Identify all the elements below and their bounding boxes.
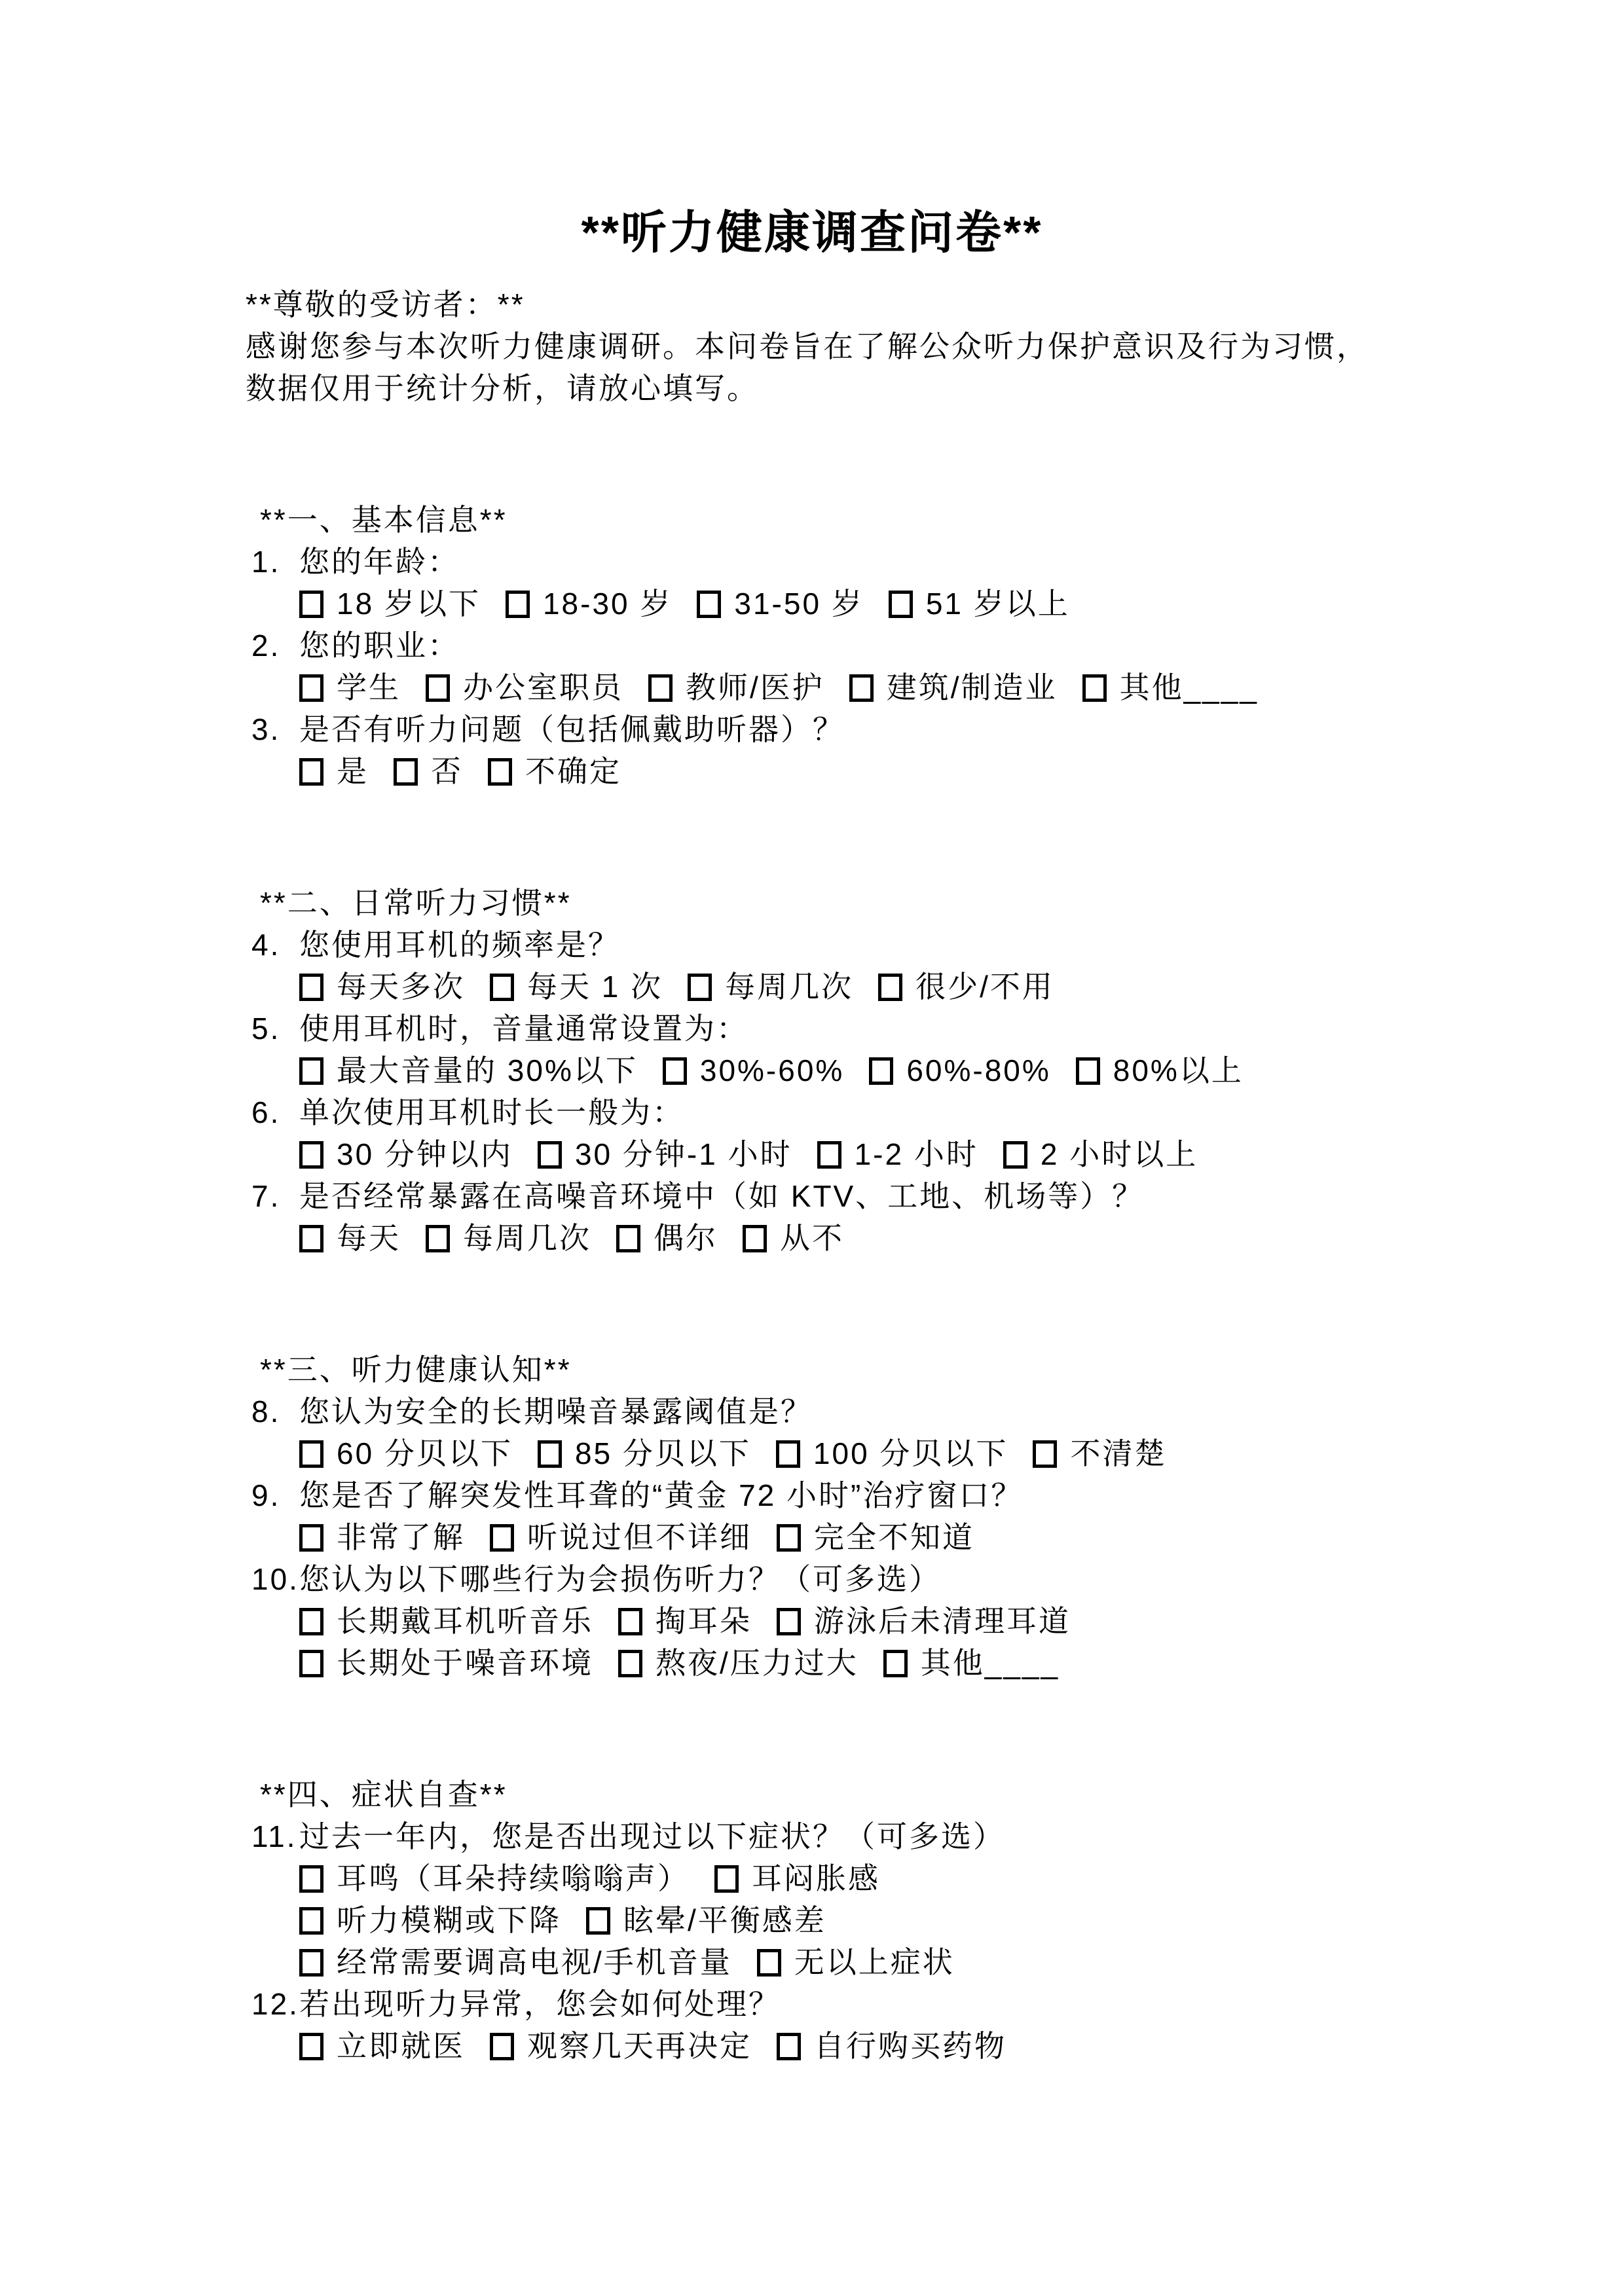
checkbox[interactable] (538, 1440, 562, 1468)
option: 游泳后未清理耳道 (777, 1604, 1071, 1638)
option-label: 观察几天再决定 (527, 2029, 752, 2063)
option-label: 很少/不用 (915, 970, 1054, 1004)
question-item: 5.使用耳机时，音量通常设置为：最大音量的 30%以下30%-60%60%-80… (246, 1008, 1378, 1091)
option: 不清楚 (1033, 1436, 1166, 1470)
option: 每天 1 次 (490, 970, 663, 1004)
option: 30 分钟-1 小时 (538, 1137, 792, 1171)
question-item: 3.是否有听力问题（包括佩戴助听器）？是否不确定 (246, 708, 1378, 792)
checkbox[interactable] (777, 2033, 801, 2060)
option: 其他____ (1082, 670, 1259, 704)
option-label: 2 小时以上 (1041, 1137, 1198, 1171)
option-label: 不确定 (525, 754, 621, 788)
option-row: 经常需要调高电视/手机音量无以上症状 (299, 1941, 1378, 1983)
intro-line: 感谢您参与本次听力健康调研。本问卷旨在了解公众听力保护意识及行为习惯， (246, 325, 1378, 367)
option-row: 每天每周几次偶尔从不 (299, 1217, 1378, 1259)
question-item: 10.您认为以下哪些行为会损伤听力？（可多选）长期戴耳机听音乐掏耳朵游泳后未清理… (246, 1558, 1378, 1684)
option: 每周几次 (426, 1221, 591, 1255)
checkbox[interactable] (869, 1057, 893, 1085)
checkbox[interactable] (299, 758, 323, 786)
option-label: 85 分贝以下 (575, 1436, 751, 1470)
section-heading: **二、日常听力习惯** (246, 882, 1378, 924)
checkbox[interactable] (299, 2033, 323, 2060)
question-number: 6. (251, 1091, 299, 1133)
question-body: 是否经常暴露在高噪音环境中（如 KTV、工地、机场等）？每天每周几次偶尔从不 (299, 1175, 1378, 1259)
option: 掏耳朵 (618, 1604, 752, 1638)
option: 耳闷胀感 (714, 1861, 880, 1895)
option-label: 建筑/制造业 (887, 670, 1058, 704)
question-body: 您是否了解突发性耳聋的“黄金 72 小时”治疗窗口？非常了解听说过但不详细完全不… (299, 1474, 1378, 1558)
question-text: 使用耳机时，音量通常设置为： (299, 1008, 1378, 1049)
option-label: 18 岁以下 (337, 587, 481, 621)
checkbox[interactable] (648, 674, 673, 702)
checkbox[interactable] (849, 674, 874, 702)
checkbox[interactable] (586, 1907, 610, 1935)
option-label: 100 分贝以下 (813, 1436, 1008, 1470)
checkbox[interactable] (299, 1949, 323, 1977)
checkbox[interactable] (714, 1865, 739, 1893)
checkbox[interactable] (488, 758, 512, 786)
option: 每周几次 (688, 970, 853, 1004)
question-text: 是否经常暴露在高噪音环境中（如 KTV、工地、机场等）？ (299, 1175, 1378, 1217)
checkbox[interactable] (299, 591, 323, 618)
checkbox[interactable] (299, 1141, 323, 1169)
question-body: 您使用耳机的频率是？每天多次每天 1 次每周几次很少/不用 (299, 924, 1378, 1008)
option-label: 最大音量的 30%以下 (337, 1053, 638, 1087)
question-body: 您认为以下哪些行为会损伤听力？（可多选）长期戴耳机听音乐掏耳朵游泳后未清理耳道长… (299, 1558, 1378, 1684)
option-label: 办公室职员 (463, 670, 623, 704)
option: 学生 (299, 670, 401, 704)
checkbox[interactable] (299, 1608, 323, 1635)
option: 每天 (299, 1221, 401, 1255)
checkbox[interactable] (299, 1907, 323, 1935)
section-heading: **三、听力健康认知** (246, 1349, 1378, 1391)
option: 办公室职员 (426, 670, 623, 704)
question-item: 6.单次使用耳机时长一般为：30 分钟以内30 分钟-1 小时1-2 小时2 小… (246, 1091, 1378, 1175)
question-number: 3. (251, 708, 299, 750)
checkbox[interactable] (299, 1440, 323, 1468)
question-body: 是否有听力问题（包括佩戴助听器）？是否不确定 (299, 708, 1378, 792)
option-label: 每周几次 (725, 970, 853, 1004)
option-row: 立即就医观察几天再决定自行购买药物 (299, 2025, 1378, 2067)
option: 30 分钟以内 (299, 1137, 513, 1171)
option: 85 分贝以下 (538, 1436, 751, 1470)
question-number: 5. (251, 1008, 299, 1049)
checkbox[interactable] (663, 1057, 687, 1085)
checkbox[interactable] (1076, 1057, 1100, 1085)
question-number: 4. (251, 924, 299, 966)
question-item: 9.您是否了解突发性耳聋的“黄金 72 小时”治疗窗口？非常了解听说过但不详细完… (246, 1474, 1378, 1558)
option-label: 其他____ (1120, 670, 1259, 704)
option-label: 每天多次 (337, 970, 465, 1004)
option: 建筑/制造业 (849, 670, 1058, 704)
option: 从不 (743, 1221, 844, 1255)
option-label: 经常需要调高电视/手机音量 (337, 1945, 732, 1979)
option-label: 60 分贝以下 (337, 1436, 513, 1470)
question-text: 您使用耳机的频率是？ (299, 924, 1378, 966)
option-label: 51 岁以上 (926, 587, 1070, 621)
option: 眩晕/平衡感差 (586, 1903, 826, 1937)
option: 是 (299, 754, 369, 788)
question-item: 4.您使用耳机的频率是？每天多次每天 1 次每周几次很少/不用 (246, 924, 1378, 1008)
option: 非常了解 (299, 1520, 465, 1554)
checkbox[interactable] (490, 974, 514, 1001)
checkbox[interactable] (299, 674, 323, 702)
option-label: 长期处于噪音环境 (337, 1646, 593, 1680)
option-row: 学生办公室职员教师/医护建筑/制造业其他____ (299, 666, 1378, 708)
option-label: 听说过但不详细 (527, 1520, 752, 1554)
option: 偶尔 (616, 1221, 718, 1255)
checkbox[interactable] (299, 974, 323, 1001)
question-item: 1.您的年龄：18 岁以下18-30 岁31-50 岁51 岁以上 (246, 541, 1378, 625)
checkbox[interactable] (1003, 1141, 1027, 1169)
question-body: 您的年龄：18 岁以下18-30 岁31-50 岁51 岁以上 (299, 541, 1378, 625)
question-text: 是否有听力问题（包括佩戴助听器）？ (299, 708, 1378, 750)
checkbox[interactable] (757, 1949, 781, 1977)
document-page: **听力健康调查问卷** **尊敬的受访者：** 感谢您参与本次听力健康调研。本… (0, 0, 1624, 2296)
option-label: 18-30 岁 (543, 587, 672, 621)
option-row: 30 分钟以内30 分钟-1 小时1-2 小时2 小时以上 (299, 1133, 1378, 1175)
option: 51 岁以上 (889, 587, 1070, 621)
question-body: 过去一年内，您是否出现过以下症状？（可多选）耳鸣（耳朵持续嗡嗡声）耳闷胀感听力模… (299, 1815, 1378, 1983)
option-label: 30 分钟-1 小时 (575, 1137, 792, 1171)
option-row: 耳鸣（耳朵持续嗡嗡声）耳闷胀感 (299, 1857, 1378, 1899)
option: 自行购买药物 (777, 2029, 1006, 2063)
option-label: 30%-60% (700, 1053, 844, 1087)
option: 80%以上 (1076, 1053, 1244, 1087)
option: 很少/不用 (878, 970, 1054, 1004)
question-text: 您的年龄： (299, 541, 1378, 583)
option-label: 60%-80% (906, 1053, 1050, 1087)
option-label: 完全不知道 (814, 1520, 974, 1554)
option: 经常需要调高电视/手机音量 (299, 1945, 732, 1979)
option-row: 非常了解听说过但不详细完全不知道 (299, 1516, 1378, 1558)
question-body: 单次使用耳机时长一般为：30 分钟以内30 分钟-1 小时1-2 小时2 小时以… (299, 1091, 1378, 1175)
option-label: 非常了解 (337, 1520, 465, 1554)
option-label: 每周几次 (463, 1221, 591, 1255)
option: 18 岁以下 (299, 587, 481, 621)
option-label: 80%以上 (1113, 1053, 1244, 1087)
checkbox[interactable] (490, 2033, 514, 2060)
question-number: 10. (251, 1558, 299, 1600)
option-label: 无以上症状 (794, 1945, 955, 1979)
option-label: 耳闷胀感 (752, 1861, 880, 1895)
checkbox[interactable] (299, 1650, 323, 1677)
option: 不确定 (488, 754, 621, 788)
option: 耳鸣（耳朵持续嗡嗡声） (299, 1861, 690, 1895)
option-label: 听力模糊或下降 (337, 1903, 561, 1937)
option: 完全不知道 (777, 1520, 974, 1554)
checkbox[interactable] (299, 1057, 323, 1085)
option: 2 小时以上 (1003, 1137, 1198, 1171)
checkbox[interactable] (616, 1225, 640, 1252)
question-body: 使用耳机时，音量通常设置为：最大音量的 30%以下30%-60%60%-80%8… (299, 1008, 1378, 1091)
option: 每天多次 (299, 970, 465, 1004)
option-row: 长期处于噪音环境熬夜/压力过大其他____ (299, 1642, 1378, 1684)
option: 60%-80% (869, 1053, 1050, 1087)
option: 熬夜/压力过大 (618, 1646, 858, 1680)
option: 60 分贝以下 (299, 1436, 513, 1470)
option: 1-2 小时 (817, 1137, 978, 1171)
question-text: 您的职业： (299, 625, 1378, 666)
question-text: 您认为以下哪些行为会损伤听力？（可多选） (299, 1558, 1378, 1600)
option: 听力模糊或下降 (299, 1903, 561, 1937)
option-label: 长期戴耳机听音乐 (337, 1604, 593, 1638)
option: 教师/医护 (648, 670, 824, 704)
option: 观察几天再决定 (490, 2029, 752, 2063)
question-number: 2. (251, 625, 299, 666)
question-number: 11. (251, 1815, 299, 1857)
question-body: 若出现听力异常，您会如何处理？立即就医观察几天再决定自行购买药物 (299, 1983, 1378, 2067)
question-item: 7.是否经常暴露在高噪音环境中（如 KTV、工地、机场等）？每天每周几次偶尔从不 (246, 1175, 1378, 1259)
option-label: 自行购买药物 (814, 2029, 1006, 2063)
option-label: 立即就医 (337, 2029, 465, 2063)
option-label: 每天 1 次 (527, 970, 663, 1004)
option-label: 掏耳朵 (655, 1604, 752, 1638)
checkbox[interactable] (878, 974, 902, 1001)
option: 无以上症状 (757, 1945, 955, 1979)
option: 最大音量的 30%以下 (299, 1053, 638, 1087)
option: 长期处于噪音环境 (299, 1646, 593, 1680)
checkbox[interactable] (1033, 1440, 1057, 1468)
question-number: 12. (251, 1983, 299, 2025)
question-number: 1. (251, 541, 299, 583)
checkbox[interactable] (299, 1524, 323, 1552)
option: 30%-60% (663, 1053, 844, 1087)
question-number: 8. (251, 1391, 299, 1432)
checkbox[interactable] (394, 758, 418, 786)
question-number: 7. (251, 1175, 299, 1217)
option-label: 教师/医护 (686, 670, 824, 704)
option-label: 游泳后未清理耳道 (814, 1604, 1071, 1638)
option: 31-50 岁 (697, 587, 863, 621)
checkbox[interactable] (1082, 674, 1107, 702)
section: **三、听力健康认知**8.您认为安全的长期噪音暴露阈值是？60 分贝以下85 … (246, 1349, 1378, 1684)
option-row: 听力模糊或下降眩晕/平衡感差 (299, 1899, 1378, 1941)
option-label: 熬夜/压力过大 (655, 1646, 858, 1680)
checkbox[interactable] (776, 1440, 800, 1468)
option-label: 其他____ (921, 1646, 1060, 1680)
checkbox[interactable] (490, 1524, 514, 1552)
section-heading: **一、基本信息** (246, 499, 1378, 541)
checkbox[interactable] (743, 1225, 767, 1252)
doc-title: **听力健康调查问卷** (246, 203, 1378, 262)
option-row: 60 分贝以下85 分贝以下100 分贝以下不清楚 (299, 1432, 1378, 1474)
checkbox[interactable] (538, 1141, 562, 1169)
checkbox[interactable] (777, 1524, 801, 1552)
section: **一、基本信息**1.您的年龄：18 岁以下18-30 岁31-50 岁51 … (246, 499, 1378, 792)
question-item: 8.您认为安全的长期噪音暴露阈值是？60 分贝以下85 分贝以下100 分贝以下… (246, 1391, 1378, 1474)
option: 18-30 岁 (506, 587, 672, 621)
section-heading: **四、症状自查** (246, 1774, 1378, 1815)
option-label: 是 (337, 754, 369, 788)
question-text: 过去一年内，您是否出现过以下症状？（可多选） (299, 1815, 1378, 1857)
option-label: 不清楚 (1070, 1436, 1166, 1470)
option: 其他____ (883, 1646, 1060, 1680)
checkbox[interactable] (777, 1608, 801, 1635)
intro-line: 数据仅用于统计分析，请放心填写。 (246, 367, 1378, 409)
option-label: 从不 (780, 1221, 844, 1255)
option-row: 是否不确定 (299, 750, 1378, 792)
option: 立即就医 (299, 2029, 465, 2063)
questionnaire-body: **一、基本信息**1.您的年龄：18 岁以下18-30 岁31-50 岁51 … (246, 499, 1378, 2067)
option-row: 每天多次每天 1 次每周几次很少/不用 (299, 966, 1378, 1008)
question-item: 11.过去一年内，您是否出现过以下症状？（可多选）耳鸣（耳朵持续嗡嗡声）耳闷胀感… (246, 1815, 1378, 1983)
question-number: 9. (251, 1474, 299, 1516)
question-text: 您是否了解突发性耳聋的“黄金 72 小时”治疗窗口？ (299, 1474, 1378, 1516)
option-label: 耳鸣（耳朵持续嗡嗡声） (337, 1861, 690, 1895)
option: 长期戴耳机听音乐 (299, 1604, 593, 1638)
checkbox[interactable] (426, 1225, 450, 1252)
checkbox[interactable] (299, 1225, 323, 1252)
option: 否 (394, 754, 463, 788)
checkbox[interactable] (618, 1650, 642, 1677)
option-row: 长期戴耳机听音乐掏耳朵游泳后未清理耳道 (299, 1600, 1378, 1642)
checkbox[interactable] (688, 974, 712, 1001)
greeting-line: **尊敬的受访者：** (246, 283, 1378, 325)
option-label: 眩晕/平衡感差 (623, 1903, 826, 1937)
section: **二、日常听力习惯**4.您使用耳机的频率是？每天多次每天 1 次每周几次很少… (246, 882, 1378, 1259)
option-label: 每天 (337, 1221, 401, 1255)
option-label: 1-2 小时 (855, 1137, 978, 1171)
option-label: 31-50 岁 (734, 587, 863, 621)
checkbox[interactable] (299, 1865, 323, 1893)
option-label: 学生 (337, 670, 401, 704)
checkbox[interactable] (618, 1608, 642, 1635)
question-text: 您认为安全的长期噪音暴露阈值是？ (299, 1391, 1378, 1432)
checkbox[interactable] (426, 674, 450, 702)
intro-paragraph: **尊敬的受访者：** 感谢您参与本次听力健康调研。本问卷旨在了解公众听力保护意… (246, 283, 1378, 409)
question-item: 2.您的职业：学生办公室职员教师/医护建筑/制造业其他____ (246, 625, 1378, 708)
option-label: 否 (431, 754, 463, 788)
checkbox[interactable] (889, 591, 913, 618)
option-row: 最大音量的 30%以下30%-60%60%-80%80%以上 (299, 1049, 1378, 1091)
question-text: 若出现听力异常，您会如何处理？ (299, 1983, 1378, 2025)
question-body: 您认为安全的长期噪音暴露阈值是？60 分贝以下85 分贝以下100 分贝以下不清… (299, 1391, 1378, 1474)
option-row: 18 岁以下18-30 岁31-50 岁51 岁以上 (299, 583, 1378, 625)
question-item: 12.若出现听力异常，您会如何处理？立即就医观察几天再决定自行购买药物 (246, 1983, 1378, 2067)
option-label: 偶尔 (654, 1221, 718, 1255)
section: **四、症状自查**11.过去一年内，您是否出现过以下症状？（可多选）耳鸣（耳朵… (246, 1774, 1378, 2067)
option-label: 30 分钟以内 (337, 1137, 513, 1171)
option: 听说过但不详细 (490, 1520, 752, 1554)
checkbox[interactable] (506, 591, 530, 618)
checkbox[interactable] (697, 591, 721, 618)
question-body: 您的职业：学生办公室职员教师/医护建筑/制造业其他____ (299, 625, 1378, 708)
question-text: 单次使用耳机时长一般为： (299, 1091, 1378, 1133)
option: 100 分贝以下 (776, 1436, 1008, 1470)
checkbox[interactable] (817, 1141, 841, 1169)
checkbox[interactable] (883, 1650, 908, 1677)
